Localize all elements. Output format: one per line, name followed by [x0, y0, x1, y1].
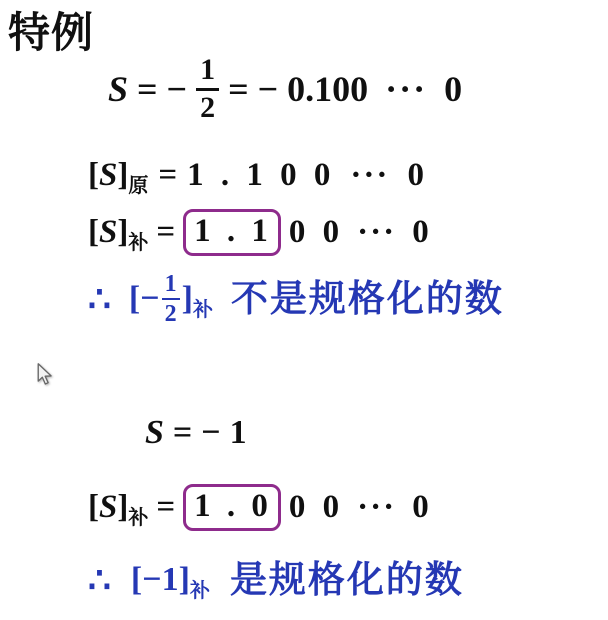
- binary-value: 0.100: [287, 71, 368, 107]
- s-bu-notation: [ S ] 补: [88, 216, 148, 249]
- ellipsis-dots: ···: [357, 216, 396, 249]
- conclusion-not-normalized: ∴ [− 1 2 ] 补 不是规格化的数: [88, 266, 504, 332]
- variable-s: S: [99, 159, 117, 192]
- equals-sign: =: [156, 491, 175, 524]
- close-bracket: ]: [182, 282, 193, 316]
- variable-s: S: [99, 491, 117, 524]
- subscript-bu: 补: [128, 233, 148, 253]
- therefore-symbol: ∴: [88, 281, 111, 317]
- minus-sign: −: [201, 416, 220, 450]
- sign-magnitude-line: [ S ] 原 = 1 . 1 0 0 ··· 0: [88, 150, 424, 200]
- variable-s: S: [145, 416, 164, 450]
- ellipsis-dots: ···: [350, 159, 389, 192]
- highlight-box-sign-bits: 1 . 1: [183, 209, 281, 256]
- open-bracket: [: [88, 491, 99, 524]
- therefore-symbol: ∴: [88, 562, 111, 598]
- conclusion-normalized: ∴ [−1] 补 是规格化的数: [88, 550, 464, 610]
- equals-sign: =: [156, 216, 175, 249]
- complement-line-1: [ S ] 补 = 1 . 1 0 0 ··· 0: [88, 204, 429, 260]
- equals-sign: =: [173, 416, 192, 450]
- variable-s: S: [99, 216, 117, 249]
- equals-sign: =: [137, 71, 158, 107]
- bracketed-neg-one: [−1]: [131, 563, 190, 597]
- s-yuan-notation: [ S ] 原: [88, 159, 148, 192]
- lecture-slide: 特例 S = − 1 2 = − 0.100 ··· 0 [ S ] 原 = 1…: [0, 0, 608, 620]
- equals-sign: =: [158, 159, 177, 192]
- ellipsis-dots: ···: [357, 491, 396, 524]
- complement-line-2: [ S ] 补 = 1 . 0 0 0 ··· 0: [88, 476, 429, 538]
- close-bracket: ]: [117, 159, 128, 192]
- fraction-denominator: 2: [200, 91, 215, 123]
- minus-sign: −: [258, 71, 279, 107]
- equals-sign: =: [228, 71, 249, 107]
- trailing-zero: 0: [412, 216, 429, 249]
- open-bracket-minus: [−: [129, 282, 160, 316]
- binary-digits: 0 0: [289, 491, 341, 524]
- fraction-numerator: 1: [162, 272, 180, 300]
- fraction-denominator: 2: [165, 300, 177, 326]
- variable-s: S: [108, 71, 128, 107]
- mouse-cursor-icon: [36, 363, 53, 391]
- neg-one-bu-notation: [−1] 补: [131, 563, 210, 597]
- trailing-zero: 0: [444, 71, 462, 107]
- trailing-zero: 0: [412, 491, 429, 524]
- open-bracket: [: [88, 216, 99, 249]
- fraction-one-half: 1 2: [162, 272, 180, 326]
- conclusion-text: 是规格化的数: [230, 562, 464, 599]
- trailing-zero: 0: [407, 159, 424, 192]
- formula-s-equals-neg-one: S = − 1: [145, 412, 247, 454]
- minus-sign: −: [167, 71, 188, 107]
- conclusion-text: 不是规格化的数: [231, 281, 504, 318]
- subscript-bu: 补: [128, 508, 148, 528]
- fraction-one-half: 1 2: [196, 55, 219, 123]
- ellipsis-dots: ···: [385, 71, 427, 107]
- arrow-pointer-glyph: [36, 363, 53, 386]
- page-title: 特例: [8, 0, 94, 60]
- binary-digits: 0 0: [289, 216, 341, 249]
- binary-digits: 1 . 1 0 0: [187, 159, 332, 192]
- highlight-box-sign-bits: 1 . 0: [183, 484, 281, 531]
- neg-half-bu-notation: [− 1 2 ] 补: [129, 272, 213, 326]
- close-bracket: ]: [117, 216, 128, 249]
- subscript-bu: 补: [190, 581, 210, 601]
- close-bracket: ]: [117, 491, 128, 524]
- subscript-yuan: 原: [128, 176, 148, 196]
- subscript-bu: 补: [193, 300, 213, 320]
- s-bu-notation: [ S ] 补: [88, 491, 148, 524]
- fraction-numerator: 1: [196, 55, 219, 91]
- open-bracket: [: [88, 159, 99, 192]
- formula-s-equals-neg-half: S = − 1 2 = − 0.100 ··· 0: [108, 56, 462, 122]
- value-one: 1: [230, 416, 247, 450]
